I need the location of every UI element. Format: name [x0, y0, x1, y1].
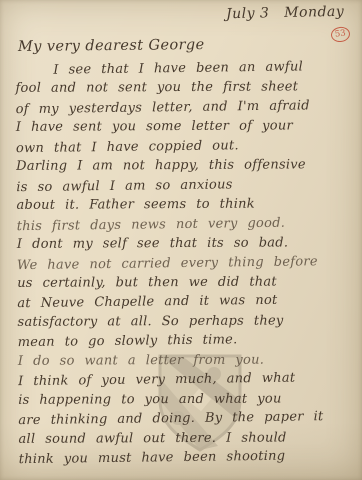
- salutation: My very dearest George: [18, 37, 205, 55]
- letter-line: Darling I am not happy, this offensive: [16, 155, 349, 176]
- date-line: July 3 Monday: [226, 4, 345, 22]
- letter-line: think you must have been shooting: [19, 446, 352, 470]
- letter-line: are thinking and doing. By the paper it: [18, 407, 351, 431]
- letter-body: I see that I have been an awfulfool and …: [15, 58, 352, 469]
- letter-line: about it. Father seems to think: [16, 194, 349, 215]
- letter-line: I think of you very much, and what: [18, 368, 351, 392]
- letter-line: I dont my self see that its so bad.: [17, 233, 350, 254]
- archive-page-number: 53: [330, 26, 351, 43]
- letter-page: July 3 Monday 53 My very dearest George …: [0, 0, 362, 480]
